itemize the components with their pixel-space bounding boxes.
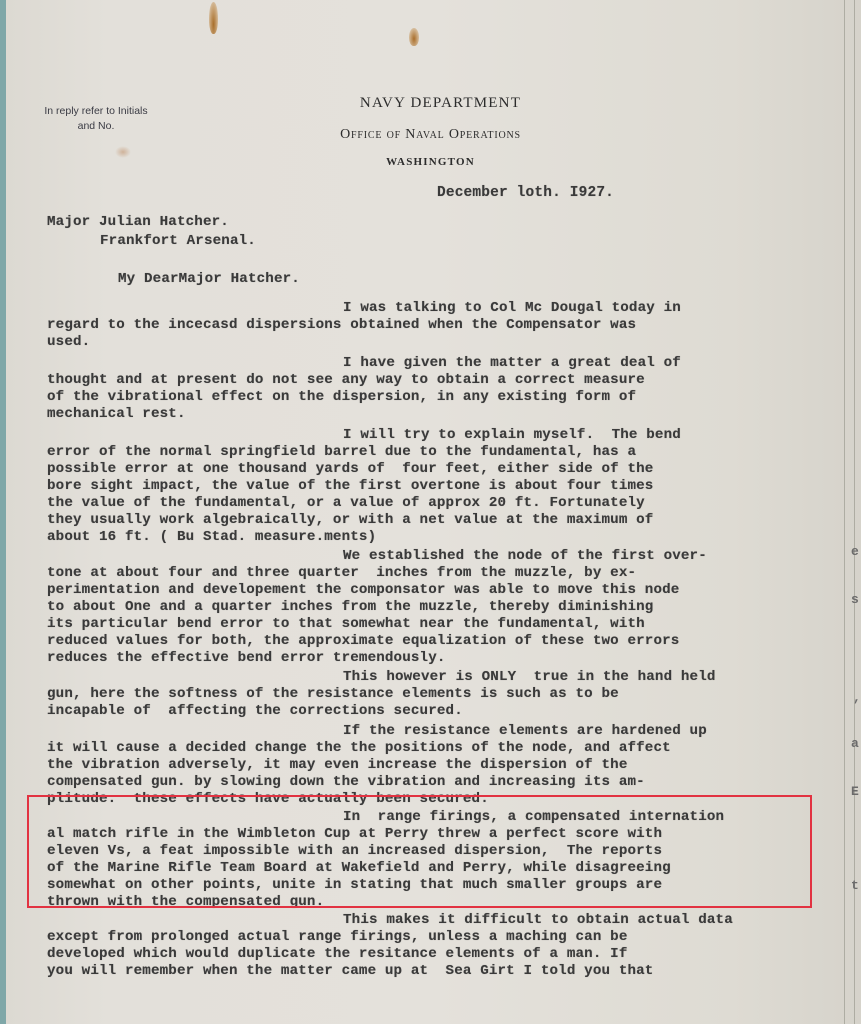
body-line: reduces the effective bend error tremend…	[47, 650, 446, 667]
body-line: possible error at one thousand yards of …	[47, 461, 653, 478]
body-line: they usually work algebraically, or with…	[47, 512, 653, 529]
body-line: This makes it difficult to obtain actual…	[343, 912, 733, 929]
paper-fold-line	[854, 0, 855, 1024]
body-line: gun, here the softness of the resistance…	[47, 686, 619, 703]
highlight-box	[27, 795, 812, 908]
body-line: tone at about four and three quarter inc…	[47, 565, 636, 582]
letterhead-city: WASHINGTON	[0, 156, 861, 168]
margin-glyph: e	[851, 544, 859, 559]
body-line: We established the node of the first ove…	[343, 548, 707, 565]
body-line: reduced values for both, the approximate…	[47, 633, 679, 650]
body-line: except from prolonged actual range firin…	[47, 929, 627, 946]
rust-stain	[409, 28, 419, 46]
body-line: regard to the incecasd dispersions obtai…	[47, 317, 636, 334]
body-line: bore sight impact, the value of the firs…	[47, 478, 653, 495]
body-line: used.	[47, 334, 90, 351]
letter-date: December loth. I927.	[437, 185, 614, 201]
body-line: it will cause a decided change the the p…	[47, 740, 671, 757]
margin-glyph: E	[851, 784, 859, 799]
body-line: its particular bend error to that somewh…	[47, 616, 645, 633]
margin-glyph: s	[851, 592, 859, 607]
body-line: I was talking to Col Mc Dougal today in	[343, 300, 681, 317]
recipient-location: Frankfort Arsenal.	[100, 233, 256, 249]
margin-glyph: a	[851, 736, 859, 751]
body-line: the value of the fundamental, or a value…	[47, 495, 645, 512]
salutation: My DearMajor Hatcher.	[118, 271, 300, 287]
body-line: developed which would duplicate the resi…	[47, 946, 627, 963]
body-line: I will try to explain myself. The bend	[343, 427, 681, 444]
body-line: to about One and a quarter inches from t…	[47, 599, 653, 616]
body-line: the vibration adversely, it may even inc…	[47, 757, 627, 774]
body-line: error of the normal springfield barrel d…	[47, 444, 636, 461]
body-line: I have given the matter a great deal of	[343, 355, 681, 372]
body-line: If the resistance elements are hardened …	[343, 723, 707, 740]
body-line: thought and at present do not see any wa…	[47, 372, 645, 389]
body-line: perimentation and developement the compo…	[47, 582, 679, 599]
recipient-name: Major Julian Hatcher.	[47, 214, 229, 230]
body-line: This however is ONLY true in the hand he…	[343, 669, 716, 686]
body-line: compensated gun. by slowing down the vib…	[47, 774, 645, 791]
body-line: mechanical rest.	[47, 406, 186, 423]
margin-glyph: ,	[853, 690, 861, 705]
letterhead-department: NAVY DEPARTMENT	[0, 95, 861, 112]
letterhead-office: Office of Naval Operations	[0, 127, 861, 143]
body-line: incapable of affecting the corrections s…	[47, 703, 463, 720]
body-line: about 16 ft. ( Bu Stad. measure.ments)	[47, 529, 376, 546]
paper-fold-line	[844, 0, 845, 1024]
rust-stain	[209, 2, 218, 34]
body-line: of the vibrational effect on the dispers…	[47, 389, 636, 406]
margin-glyph: t	[851, 878, 859, 893]
body-line: you will remember when the matter came u…	[47, 963, 653, 980]
